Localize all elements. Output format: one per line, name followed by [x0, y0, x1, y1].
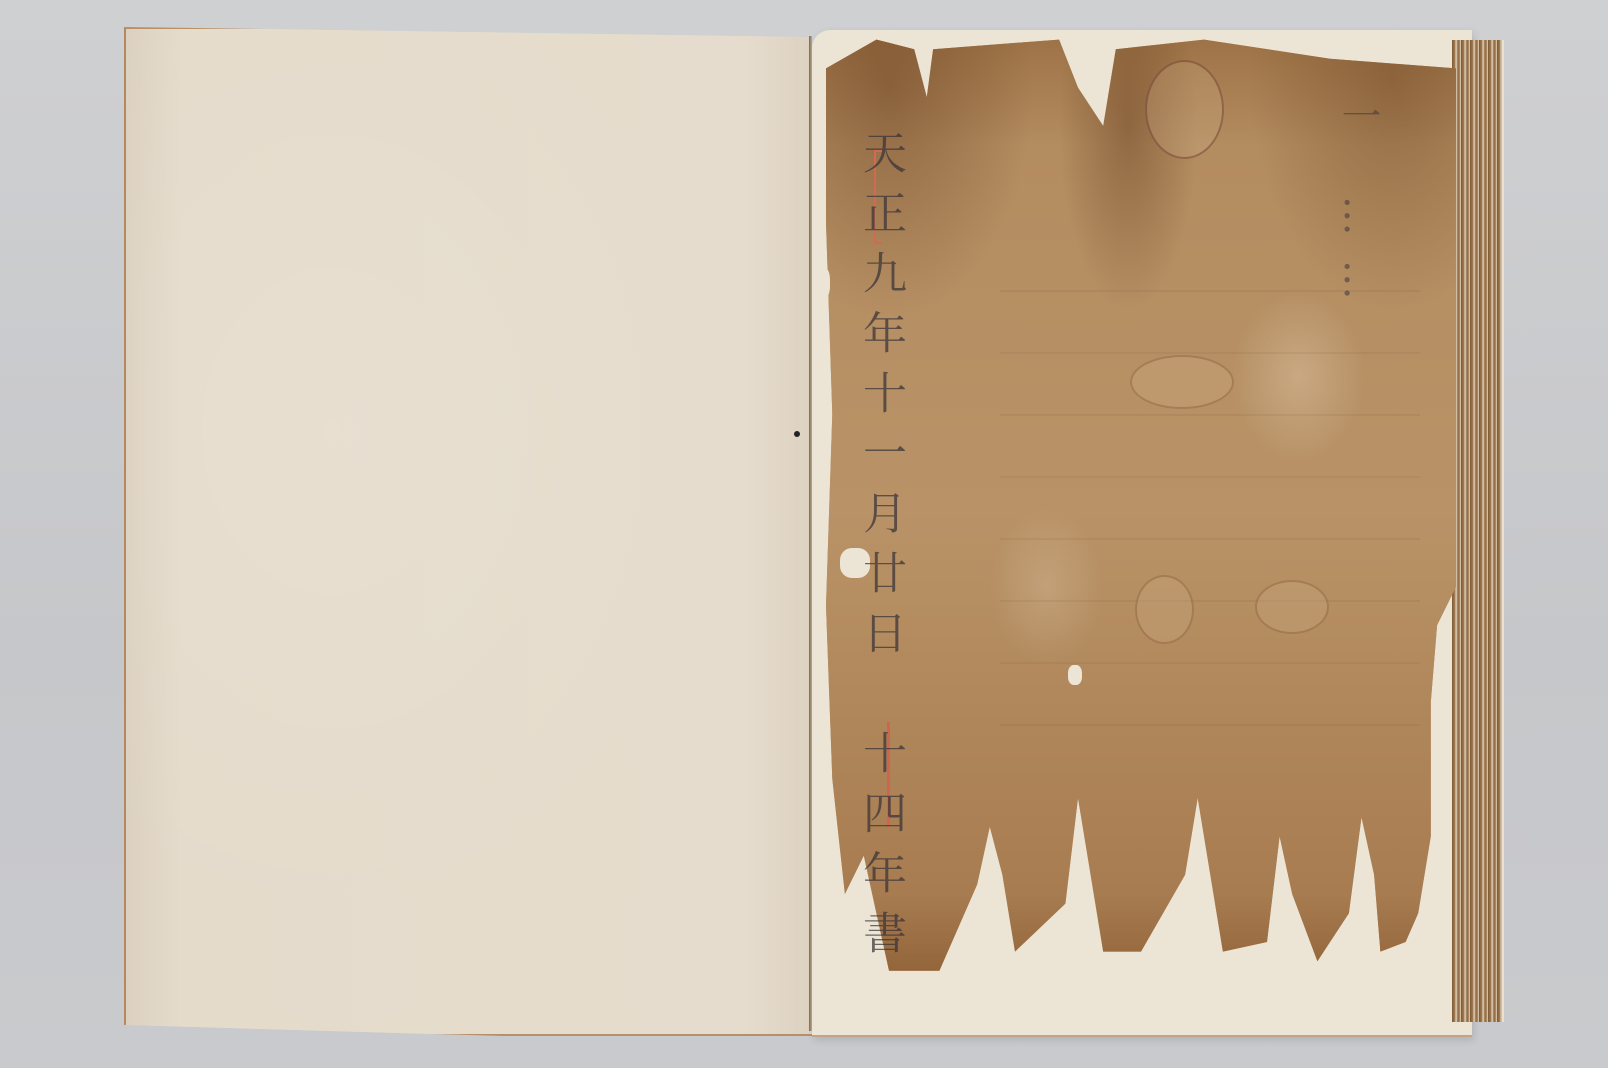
water-stain — [1130, 355, 1234, 409]
water-stain — [1255, 580, 1329, 634]
water-stain — [1145, 60, 1224, 159]
water-stain — [1135, 575, 1194, 644]
manuscript-date-inscription: 天正九年十一月廿日 十四年書 — [858, 130, 902, 970]
page-fore-edge — [1452, 40, 1504, 1022]
ink-dot-mark — [794, 431, 800, 437]
manuscript-heading-inscription: 一 …… — [1338, 95, 1378, 324]
book-gutter — [809, 36, 812, 1031]
book-photo-scene: 天正九年十一月廿日 十四年書 一 …… — [0, 0, 1608, 1068]
paper-loss — [818, 268, 830, 298]
paper-loss — [1068, 665, 1082, 685]
left-blank-page — [124, 27, 812, 1036]
